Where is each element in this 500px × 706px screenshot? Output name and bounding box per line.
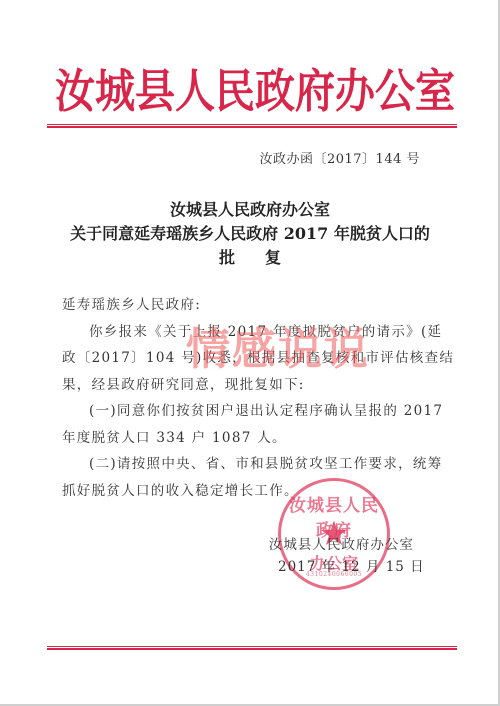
document-title: 汝城县人民政府办公室 关于同意延寿瑶族乡人民政府 2017 年脱贫人口的 批复	[0, 198, 500, 270]
body-paragraph: 你乡报来《关于上报 2017 年度拟脱贫户的请示》(延政〔2017〕104 号)…	[62, 319, 457, 399]
body-paragraph: (一)同意你们按贫困户退出认定程序确认呈报的 2017 年度脱贫人口 334 户…	[62, 398, 457, 451]
body-paragraph: (二)请按照中央、省、市和县脱贫攻坚工作要求，统筹抓好脱贫人口的收入稳定增长工作…	[62, 451, 457, 504]
document-number: 汝政办函〔2017〕144 号	[259, 148, 420, 167]
signature-issuer: 汝城县人民政府办公室	[258, 534, 425, 556]
signature-block: 汝城县人民政府办公室 2017 年 12 月 15 日	[258, 534, 425, 578]
signature-date: 2017 年 12 月 15 日	[258, 556, 425, 578]
salutation: 延寿瑶族乡人民政府:	[62, 292, 457, 319]
letterhead-title: 汝城县人民政府办公室	[50, 60, 460, 124]
title-line-issuer: 汝城县人民政府办公室	[0, 198, 500, 222]
title-line-subject: 关于同意延寿瑶族乡人民政府 2017 年脱贫人口的	[0, 222, 500, 246]
footer-red-rule	[47, 646, 457, 650]
letterhead-red-rule	[47, 124, 457, 128]
title-line-type: 批复	[0, 246, 500, 270]
document-page: 汝城县人民政府办公室 汝政办函〔2017〕144 号 汝城县人民政府办公室 关于…	[0, 0, 500, 706]
document-body: 延寿瑶族乡人民政府: 你乡报来《关于上报 2017 年度拟脱贫户的请示》(延政〔…	[62, 292, 457, 504]
